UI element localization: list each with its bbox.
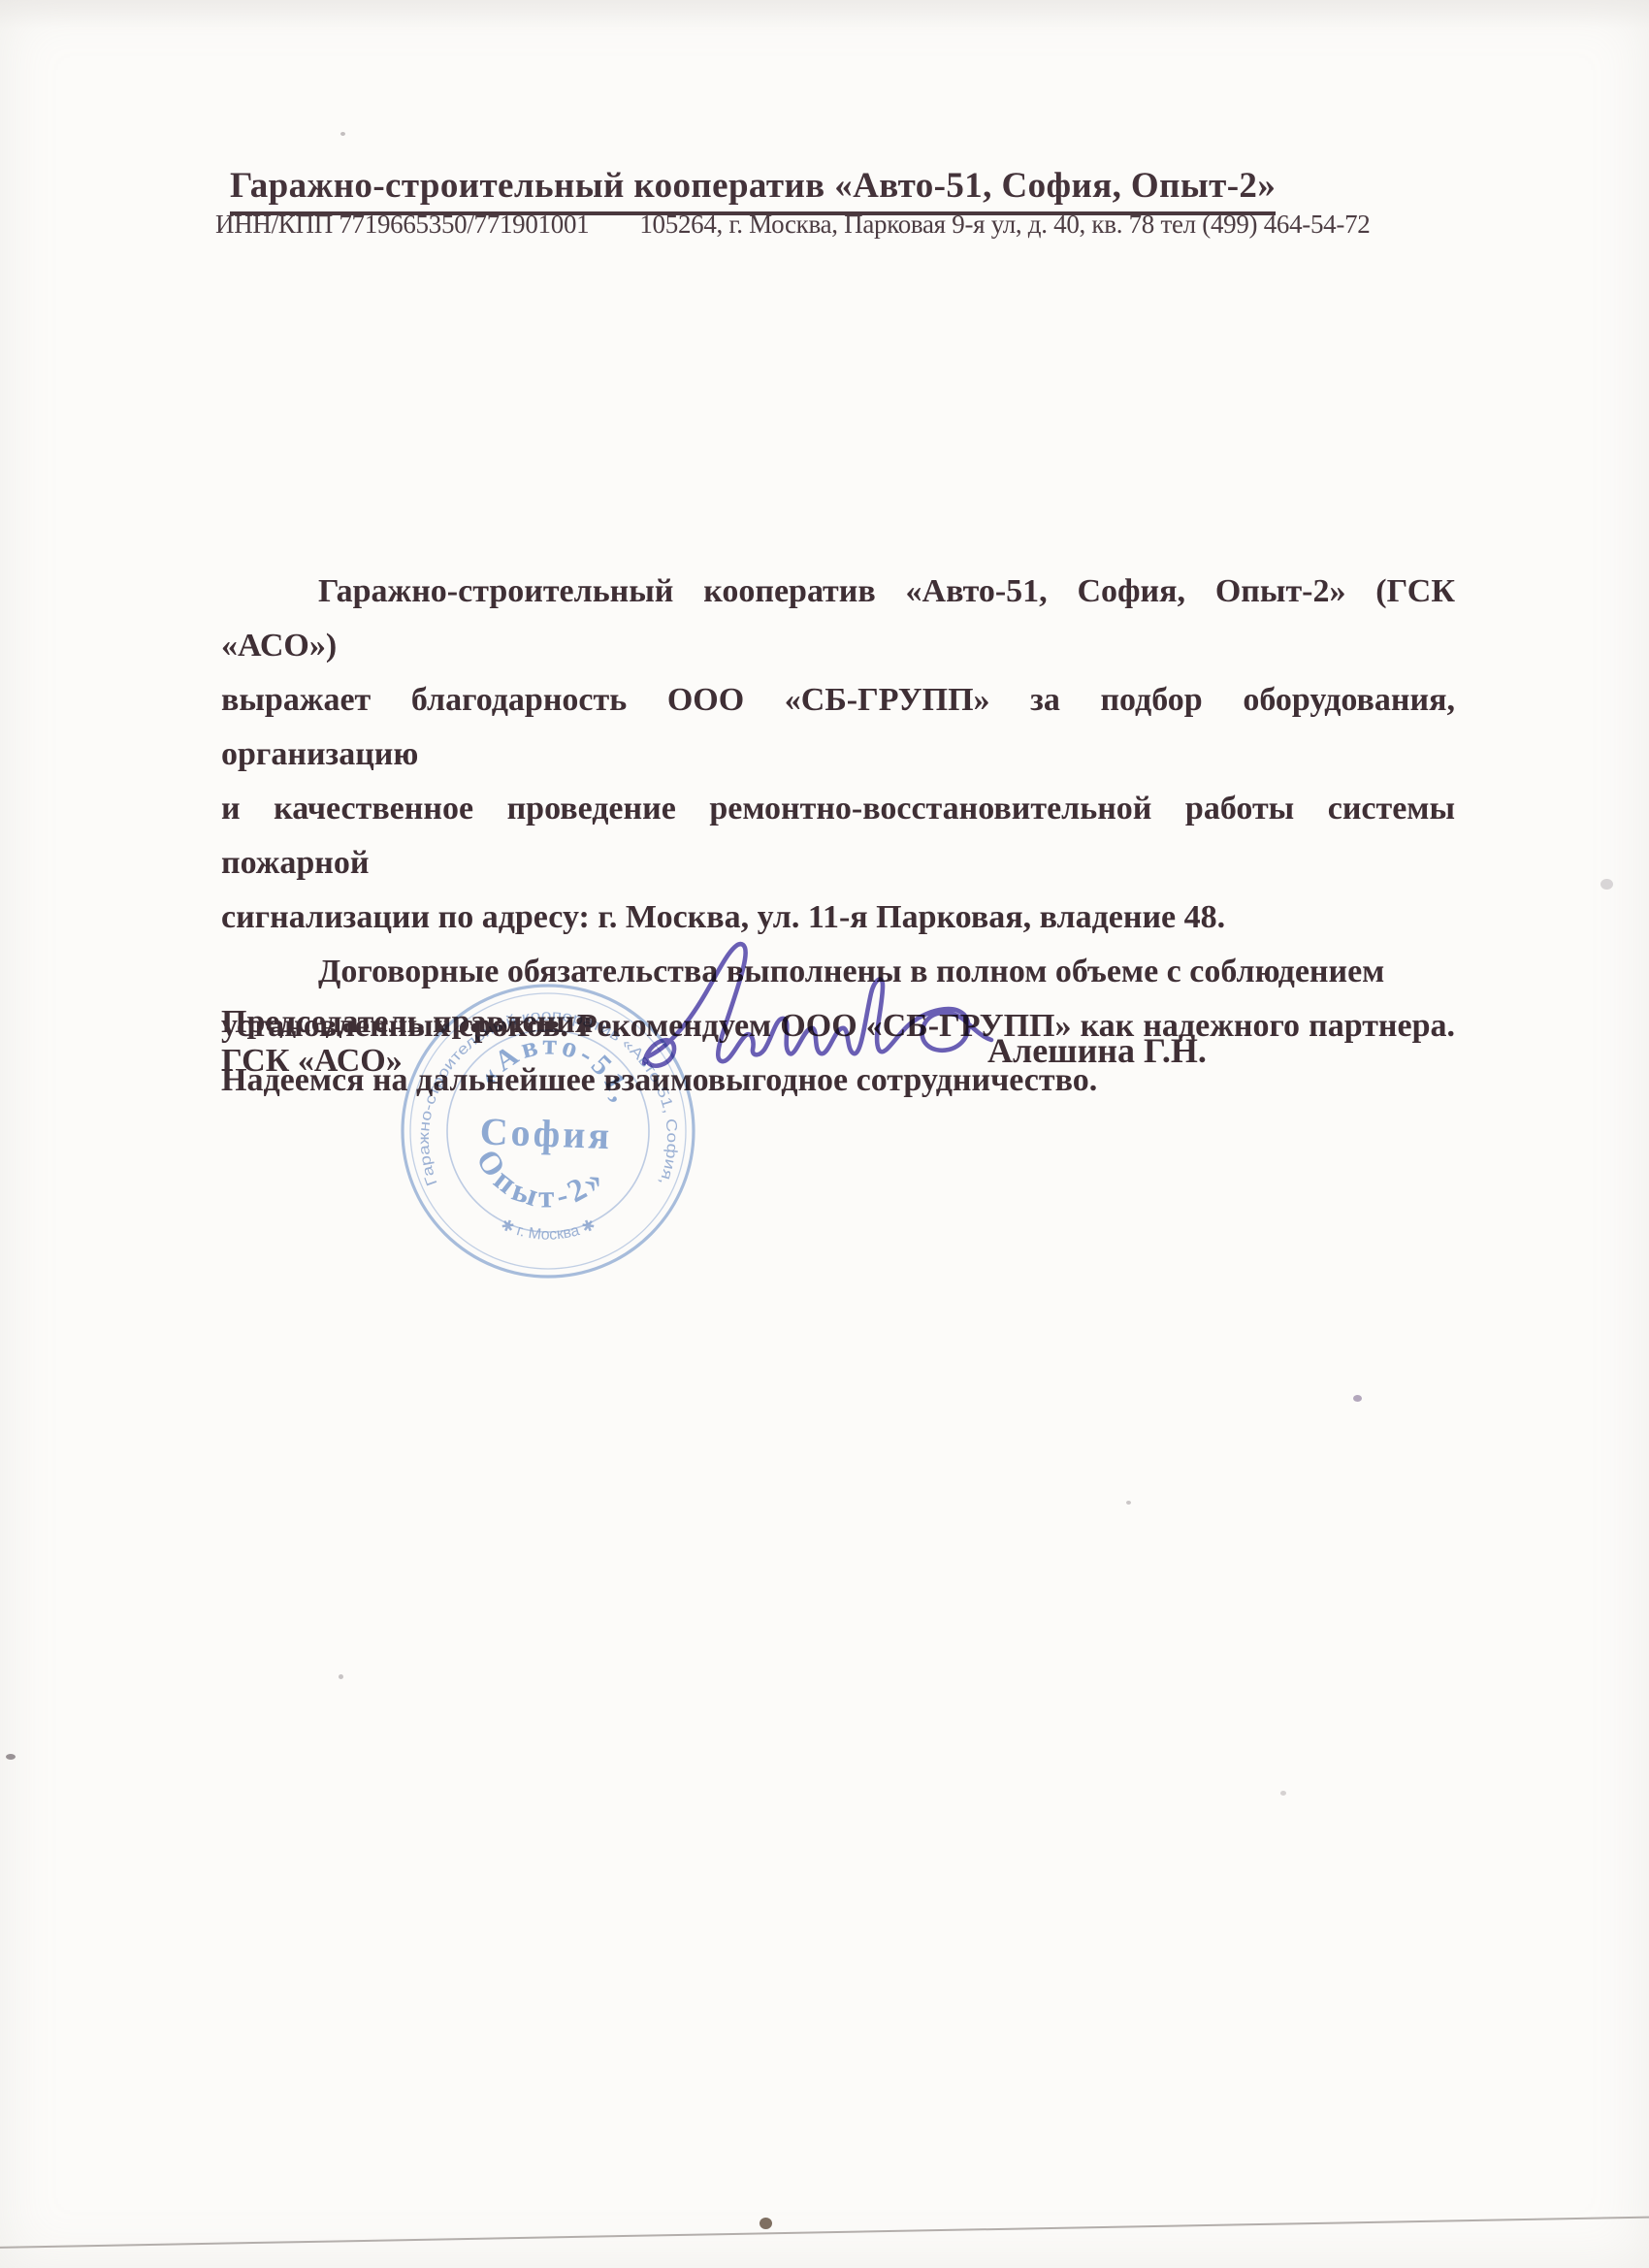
scan-fold-line bbox=[0, 2216, 1649, 2249]
signer-name: Алешина Г.Н. bbox=[987, 1030, 1207, 1071]
scan-speck bbox=[1353, 1395, 1362, 1402]
postal-address-phone: 105264, г. Москва, Парковая 9-я ул, д. 4… bbox=[639, 210, 1370, 240]
scan-speck bbox=[1280, 1791, 1286, 1796]
organization-title: Гаражно-строительный кооператив «Авто-51… bbox=[230, 165, 1276, 215]
scan-speck bbox=[1600, 879, 1613, 890]
organization-details: ИНН/КПП 7719665350/771901001 105264, г. … bbox=[215, 210, 1379, 240]
scan-speck bbox=[340, 132, 345, 136]
body-line: Гаражно-строительный кооператив «Авто-51… bbox=[221, 565, 1455, 673]
body-line: выражает благодарность ООО «СБ-ГРУПП» за… bbox=[221, 673, 1455, 782]
scan-speck bbox=[339, 1674, 343, 1679]
inn-kpp: ИНН/КПП 7719665350/771901001 bbox=[215, 210, 589, 240]
scanned-letter-page: Гаражно-строительный кооператив «Авто-51… bbox=[0, 0, 1649, 2268]
stamp-ring-bottom-text: ✱ г. Москва ✱ bbox=[499, 1216, 598, 1244]
signature-stroke bbox=[644, 944, 991, 1066]
body-line: и качественное проведение ремонтно-восст… bbox=[221, 782, 1455, 891]
svg-text:✱ г. Москва ✱: ✱ г. Москва ✱ bbox=[499, 1216, 598, 1244]
scan-speck bbox=[6, 1754, 16, 1760]
handwritten-signature bbox=[630, 902, 1018, 1101]
scan-speck bbox=[1126, 1501, 1131, 1505]
scan-speck bbox=[760, 2218, 772, 2229]
scan-top-shadow bbox=[0, 0, 1649, 29]
